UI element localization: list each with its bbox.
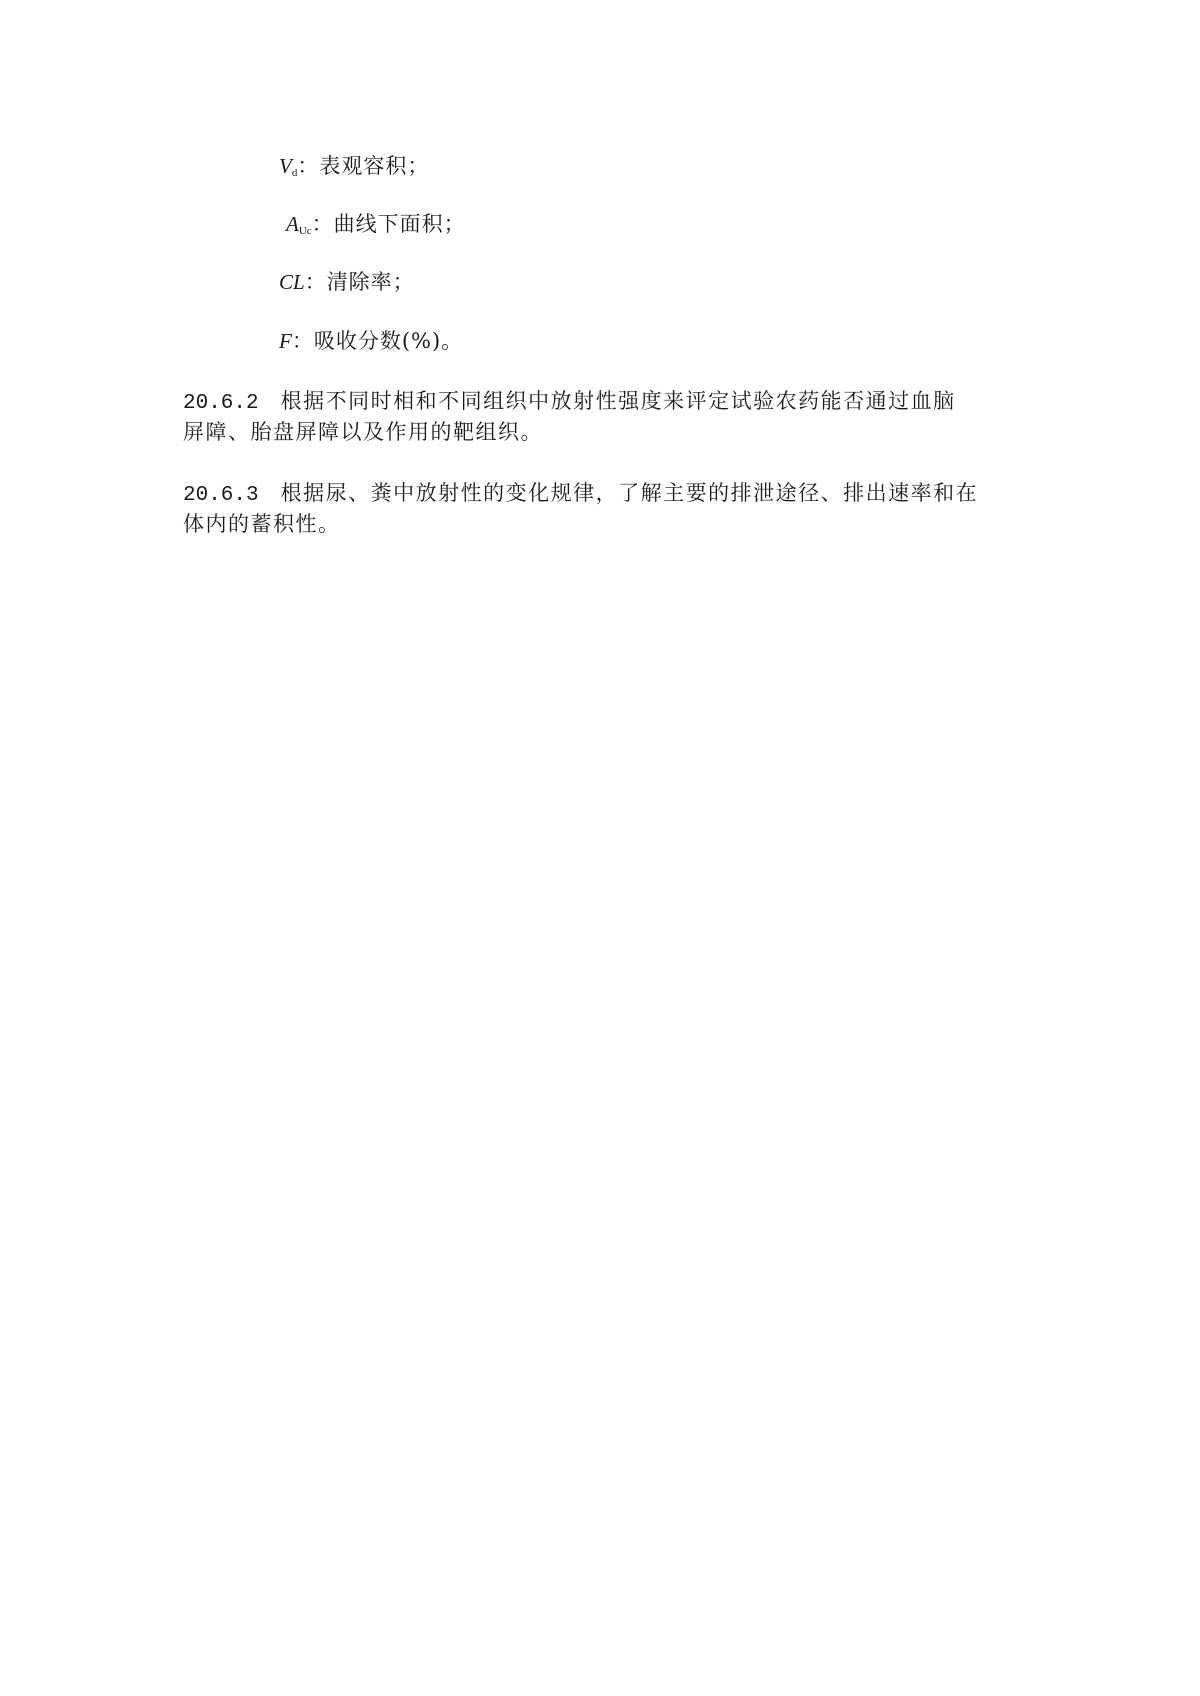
subscript: Uc [299, 225, 312, 237]
paragraph-20-6-3: 20.6.3根据尿、粪中放射性的变化规律，了解主要的排泄途径、排出速率和在 体内… [183, 479, 1023, 538]
separator: ： [305, 270, 327, 294]
separator: ： [312, 212, 334, 236]
definition-f: F：吸收分数(%)。 [279, 327, 463, 355]
paragraph-line: 20.6.2根据不同时相和不同组织中放射性强度来评定试验农药能否通过血脑 [183, 387, 1023, 418]
definition-text: 表观容积； [319, 154, 429, 178]
definition-cl: CL：清除率； [279, 268, 415, 296]
symbol: A [286, 212, 299, 236]
symbol: F [279, 329, 292, 353]
definition-text: 清除率； [327, 270, 415, 294]
paragraph-20-6-2: 20.6.2根据不同时相和不同组织中放射性强度来评定试验农药能否通过血脑 屏障、… [183, 387, 1023, 446]
separator: ： [292, 329, 314, 353]
section-number: 20.6.2 [183, 392, 259, 415]
section-number: 20.6.3 [183, 484, 259, 507]
definition-vd: Vd：表观容积； [279, 152, 429, 187]
paragraph-text: 根据不同时相和不同组织中放射性强度来评定试验农药能否通过血脑 [281, 389, 956, 413]
definition-text: 吸收分数(%)。 [314, 329, 463, 353]
separator: ： [297, 154, 319, 178]
symbol: V [279, 154, 292, 178]
paragraph-line: 体内的蓄积性。 [183, 510, 1023, 538]
paragraph-text: 根据尿、粪中放射性的变化规律，了解主要的排泄途径、排出速率和在 [281, 481, 979, 505]
paragraph-line: 屏障、胎盘屏障以及作用的靶组织。 [183, 418, 1023, 446]
definition-text: 曲线下面积； [334, 212, 466, 236]
definition-auc: AUc：曲线下面积； [286, 210, 466, 245]
document-page: Vd：表观容积； AUc：曲线下面积； CL：清除率； F：吸收分数(%)。 2… [0, 0, 1200, 1696]
paragraph-line: 20.6.3根据尿、粪中放射性的变化规律，了解主要的排泄途径、排出速率和在 [183, 479, 1023, 510]
symbol: CL [279, 270, 305, 294]
